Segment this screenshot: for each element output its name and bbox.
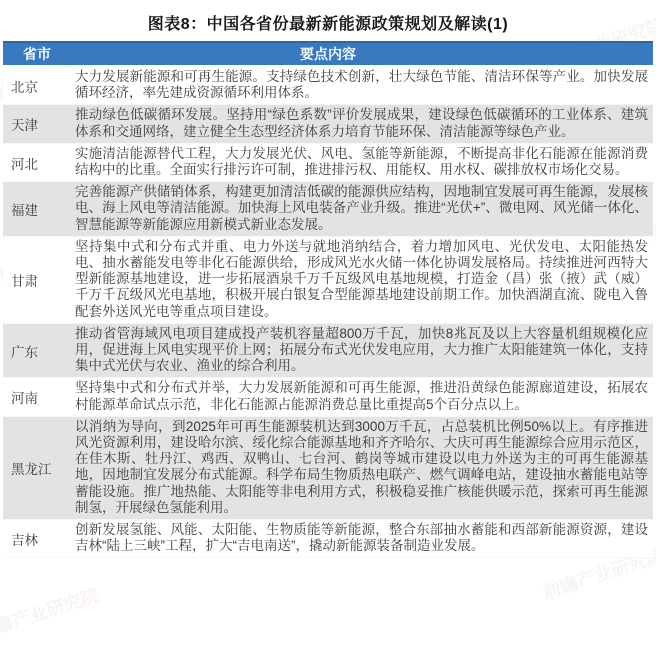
policy-content-cell: 以消纳为导向，到2025年可再生能源装机达到3000万千瓦，占总装机比例50%以… — [75, 417, 653, 519]
table-row: 河北 实施清洁能源替代工程，大力发展光伏、风电、氢能等新能源，不断提高非化石能源… — [3, 144, 653, 182]
page-title: 图表8：中国各省份最新新能源政策规划及解读(1) — [0, 0, 656, 41]
policy-content-cell: 坚持集中式和分布式并举，大力发展新能源和可再生能源，推进沿黄绿色能源廊道建设，拓… — [75, 378, 653, 415]
table-row: 黑龙江 以消纳为导向，到2025年可再生能源装机达到3000万千瓦，占总装机比例… — [3, 417, 653, 520]
policy-content-cell: 大力发展新能源和可再生能源。支持绿色技术创新，壮大绿色节能、清洁环保等产业。加快… — [75, 67, 653, 104]
province-cell: 河南 — [3, 378, 75, 415]
policy-content-cell: 创新发展氢能、风能、太阳能、生物质能等新能源，整合东部抽水蓄能和西部新能源资源，… — [75, 520, 653, 557]
policy-content-cell: 实施清洁能源替代工程，大力发展光伏、风电、氢能等新能源，不断提高非化石能源在能源… — [75, 144, 653, 181]
province-cell: 福建 — [3, 182, 75, 236]
province-cell: 甘肃 — [3, 237, 75, 323]
watermark: 前瞻产业研究院 — [0, 581, 102, 645]
province-cell: 河北 — [3, 144, 75, 181]
province-cell: 广东 — [3, 324, 75, 378]
table-body: 北京 大力发展新能源和可再生能源。支持绿色技术创新，壮大绿色节能、清洁环保等产业… — [3, 67, 653, 558]
policy-content-cell: 推动绿色低碳循环发展。坚持用“绿色系数”评价发展成果，建设绿色低碳循环的工业体系… — [75, 105, 653, 142]
table-row: 甘肃 坚持集中式和分布式并重、电力外送与就地消纳结合，着力增加风电、光伏发电、太… — [3, 237, 653, 324]
header-cell-content: 要点内容 — [3, 44, 653, 65]
table-row: 吉林 创新发展氢能、风能、太阳能、生物质能等新能源，整合东部抽水蓄能和西部新能源… — [3, 520, 653, 558]
table-row: 河南 坚持集中式和分布式并举，大力发展新能源和可再生能源，推进沿黄绿色能源廊道建… — [3, 378, 653, 416]
policy-content-cell: 推动省管海域风电项目建成投产装机容量超800万千瓦，加快8兆瓦及以上大容量机组规… — [75, 324, 653, 378]
province-cell: 北京 — [3, 67, 75, 104]
table-row: 福建 完善能源产供储销体系，构建更加清洁低碳的能源供应结构，因地制宜发展可再生能… — [3, 182, 653, 237]
province-cell: 吉林 — [3, 520, 75, 557]
table-row: 广东 推动省管海域风电项目建成投产装机容量超800万千瓦，加快8兆瓦及以上大容量… — [3, 324, 653, 379]
policy-content-cell: 坚持集中式和分布式并重、电力外送与就地消纳结合，着力增加风电、光伏发电、太阳能热… — [75, 237, 653, 323]
table-row: 北京 大力发展新能源和可再生能源。支持绿色技术创新，壮大绿色节能、清洁环保等产业… — [3, 67, 653, 105]
policy-content-cell: 完善能源产供储销体系，构建更加清洁低碳的能源供应结构，因地制宜发展可再生能源，发… — [75, 182, 653, 236]
province-cell: 天津 — [3, 105, 75, 142]
table-header-row: 省市 要点内容 — [3, 41, 653, 65]
province-cell: 黑龙江 — [3, 417, 75, 519]
table-row: 天津 推动绿色低碳循环发展。坚持用“绿色系数”评价发展成果，建设绿色低碳循环的工… — [3, 105, 653, 143]
policy-table: 省市 要点内容 北京 大力发展新能源和可再生能源。支持绿色技术创新，壮大绿色节能… — [3, 41, 653, 558]
